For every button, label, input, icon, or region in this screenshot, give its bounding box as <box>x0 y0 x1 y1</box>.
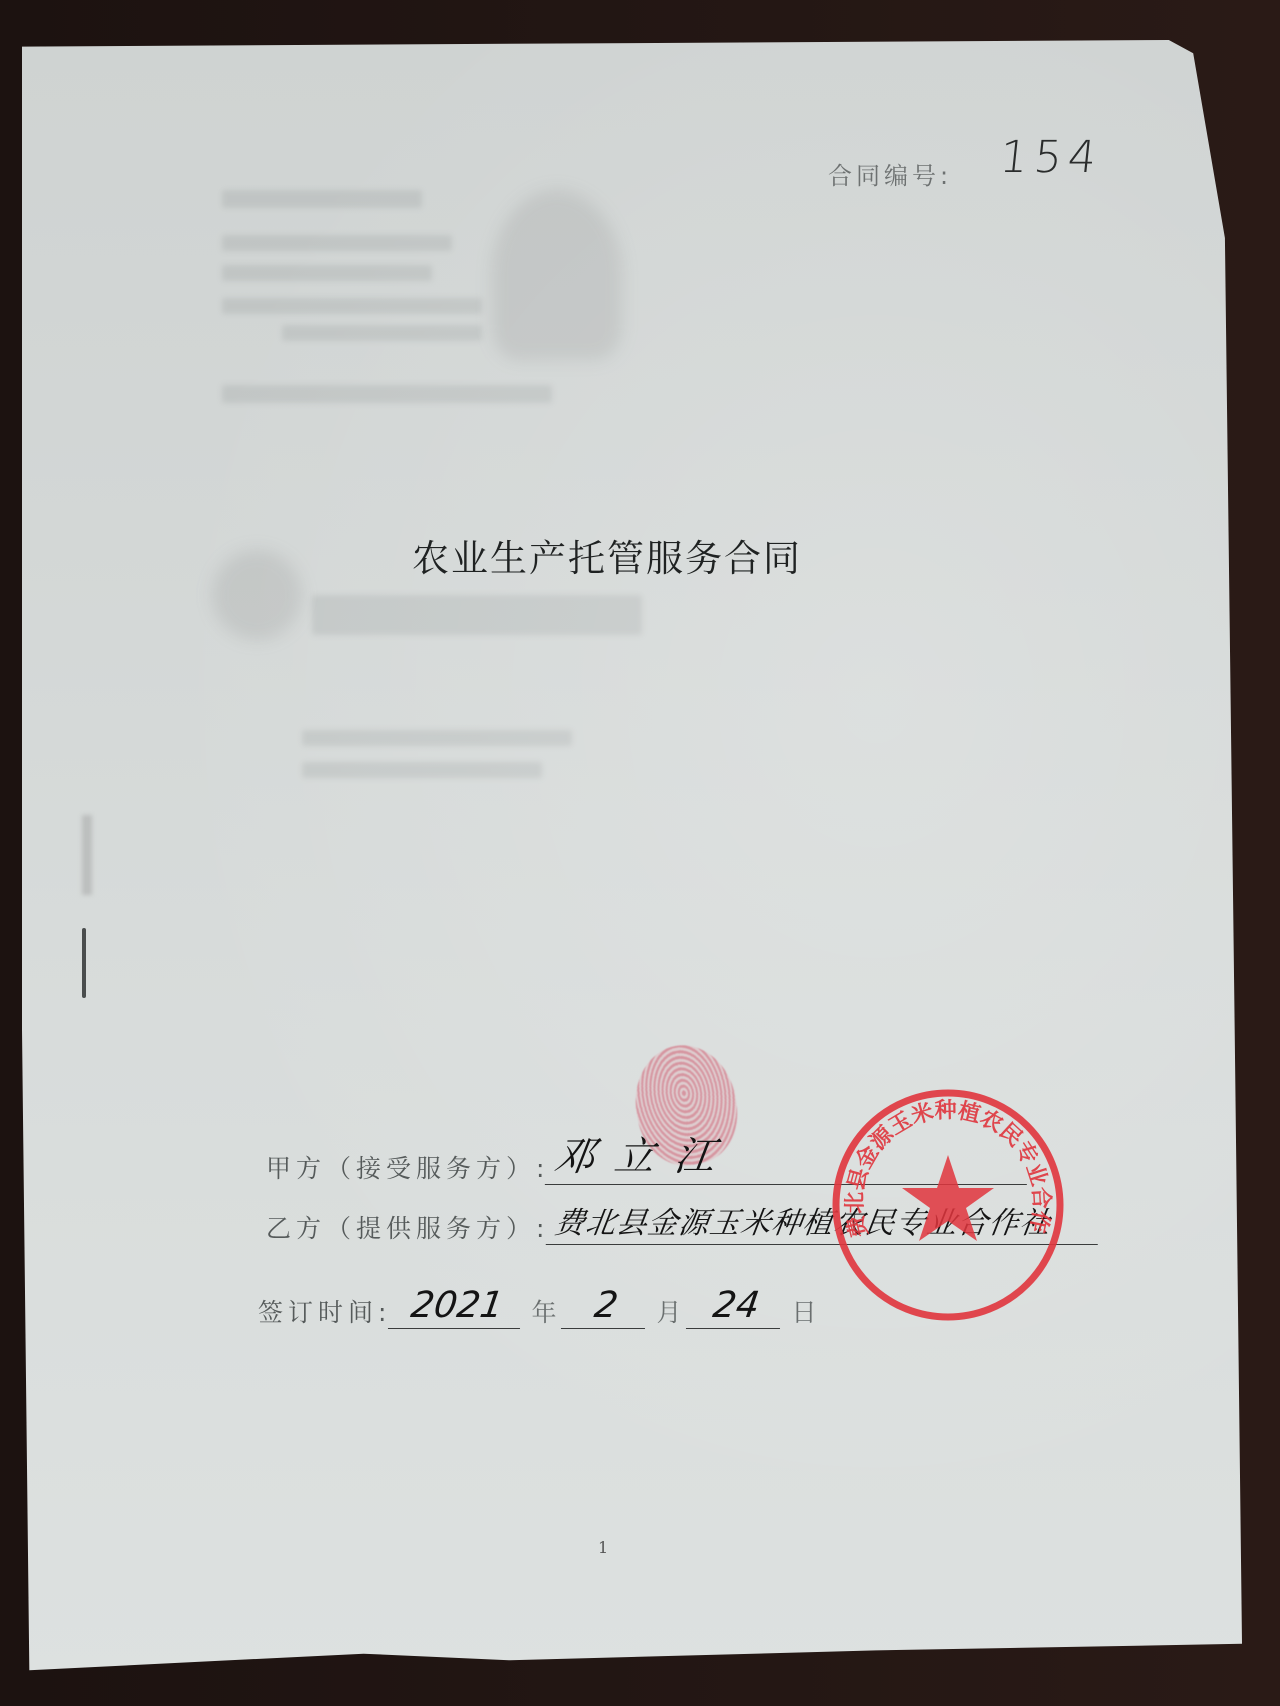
bleed-through-text <box>302 730 572 746</box>
contract-page <box>22 40 1242 1690</box>
page-number: 1 <box>598 1538 608 1557</box>
party-a-label: 甲方（接受服务方）: <box>266 1149 549 1185</box>
signing-date-label: 签订时间: <box>258 1293 391 1329</box>
signing-month: 2 <box>561 1285 651 1329</box>
signing-year: 2021 <box>388 1285 526 1329</box>
staple-hole <box>82 815 92 895</box>
day-unit: 日 <box>791 1293 816 1329</box>
bleed-through-text <box>302 762 542 778</box>
bleed-through-text <box>222 298 482 314</box>
bleed-through-emblem <box>212 550 302 640</box>
bleed-through-text <box>222 235 452 251</box>
bleed-through-text <box>222 385 552 403</box>
signing-day: 24 <box>686 1285 786 1329</box>
bleed-through-text <box>312 595 642 635</box>
bleed-through-photo <box>492 190 622 360</box>
document-title: 农业生产托管服务合同 <box>412 528 802 582</box>
month-unit: 月 <box>656 1293 681 1329</box>
signing-date-field: 签订时间: 2021 年 2 月 24 日 <box>258 1285 824 1329</box>
contract-number-label: 合同编号: <box>828 156 952 191</box>
star-icon <box>902 1155 994 1241</box>
party-b-label: 乙方（提供服务方）: <box>266 1209 549 1245</box>
year-unit: 年 <box>531 1293 556 1329</box>
official-seal: 费北县金源玉米种植农民专业合作社 <box>828 1085 1068 1325</box>
bleed-through-text <box>282 325 482 341</box>
staple <box>82 928 86 998</box>
bleed-through-text <box>222 190 422 208</box>
bleed-through-text <box>222 265 432 281</box>
contract-number-value: 154 <box>997 132 1104 183</box>
